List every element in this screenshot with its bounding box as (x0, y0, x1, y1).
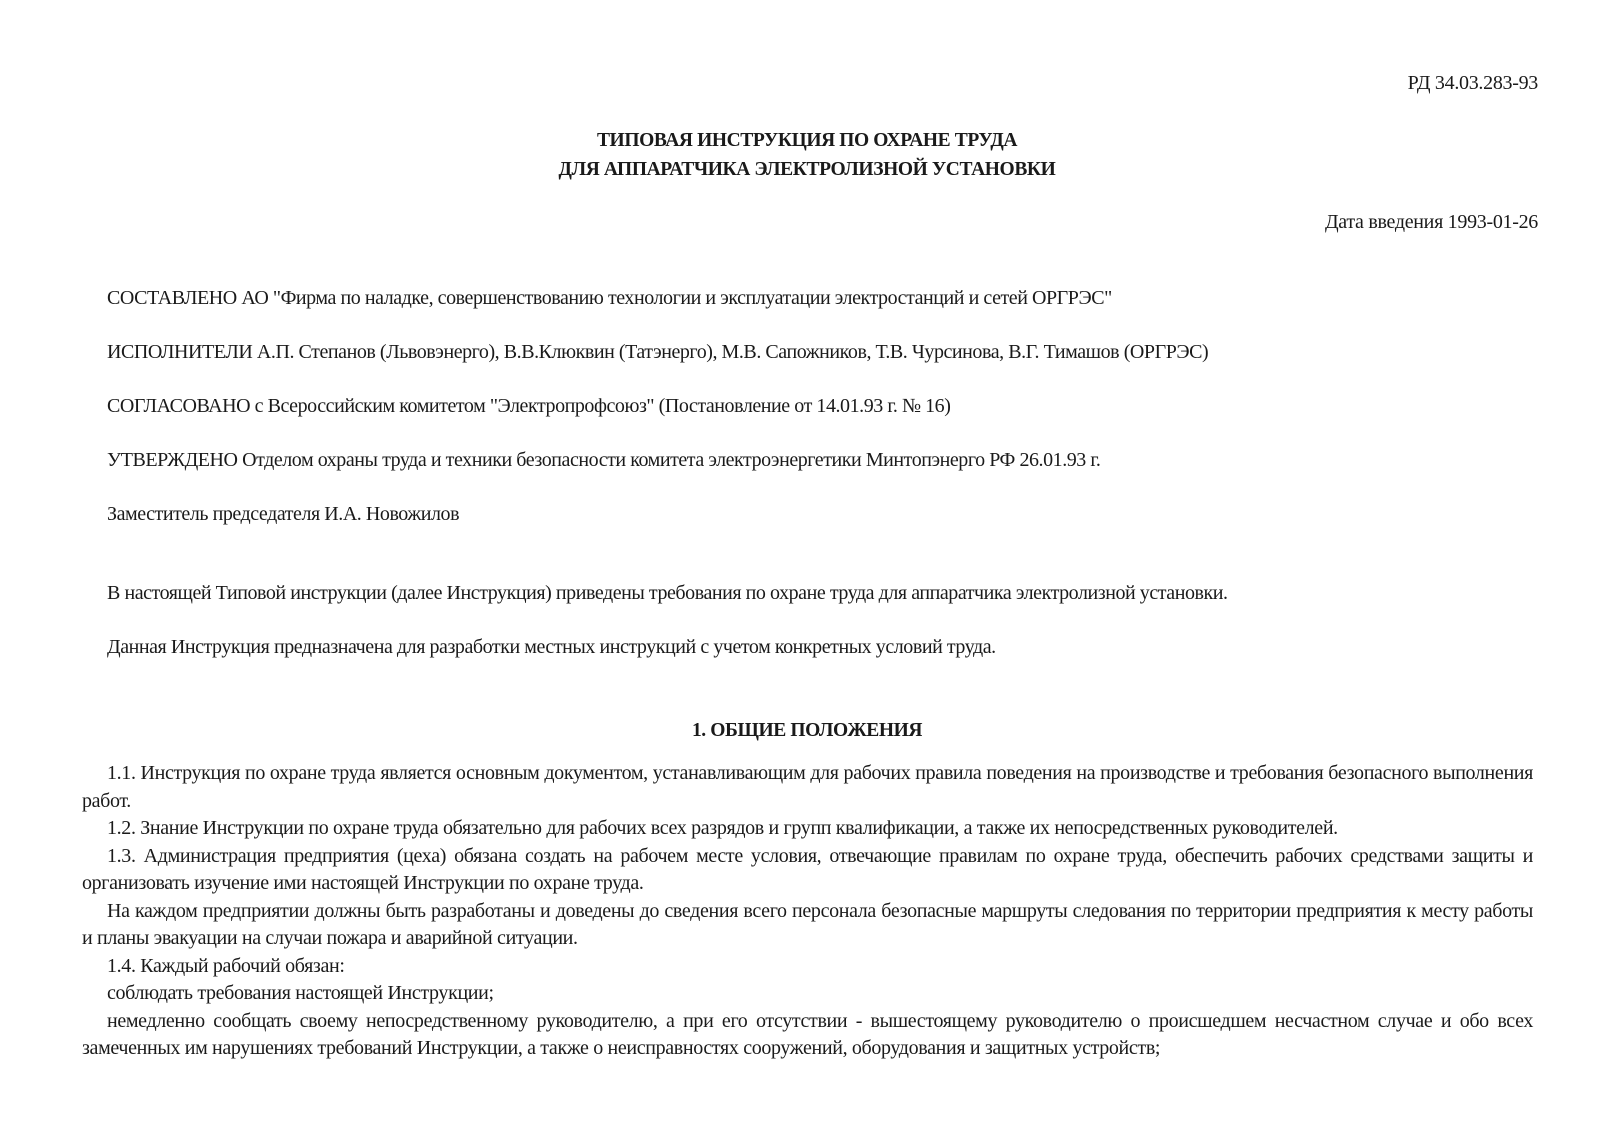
paragraph-evacuation: На каждом предприятии должны быть разраб… (82, 898, 1533, 953)
intro-paragraph-1: В настоящей Типовой инструкции (далее Ин… (107, 582, 1228, 605)
document-page: РД 34.03.283-93 ТИПОВАЯ ИНСТРУКЦИЯ ПО ОХ… (0, 0, 1614, 1142)
agreed-with: СОГЛАСОВАНО с Всероссийским комитетом "Э… (107, 395, 950, 418)
duty-item-1: соблюдать требования настоящей Инструкци… (82, 980, 1533, 1008)
section-body: 1.1. Инструкция по охране труда является… (82, 760, 1533, 1063)
section-title: 1. ОБЩИЕ ПОЛОЖЕНИЯ (0, 720, 1614, 742)
document-code: РД 34.03.283-93 (1408, 72, 1538, 95)
deputy-chairman: Заместитель председателя И.А. Новожилов (107, 503, 459, 526)
intro-paragraph-2: Данная Инструкция предназначена для разр… (107, 636, 996, 659)
authors: ИСПОЛНИТЕЛИ А.П. Степанов (Львовэнерго),… (107, 341, 1208, 364)
duty-item-2: немедленно сообщать своему непосредствен… (82, 1008, 1533, 1063)
title-line-2: ДЛЯ АППАРАТЧИКА ЭЛЕКТРОЛИЗНОЙ УСТАНОВКИ (0, 155, 1614, 184)
compiled-by: СОСТАВЛЕНО АО "Фирма по наладке, соверше… (107, 287, 1112, 310)
title-line-1: ТИПОВАЯ ИНСТРУКЦИЯ ПО ОХРАНЕ ТРУДА (0, 126, 1614, 155)
approved-by: УТВЕРЖДЕНО Отделом охраны труда и техник… (107, 449, 1100, 472)
paragraph-1-2: 1.2. Знание Инструкции по охране труда о… (82, 815, 1533, 843)
introduction-date: Дата введения 1993-01-26 (1325, 211, 1538, 234)
document-title: ТИПОВАЯ ИНСТРУКЦИЯ ПО ОХРАНЕ ТРУДА ДЛЯ А… (0, 126, 1614, 184)
paragraph-1-4: 1.4. Каждый рабочий обязан: (82, 953, 1533, 981)
paragraph-1-1: 1.1. Инструкция по охране труда является… (82, 760, 1533, 815)
paragraph-1-3: 1.3. Администрация предприятия (цеха) об… (82, 843, 1533, 898)
